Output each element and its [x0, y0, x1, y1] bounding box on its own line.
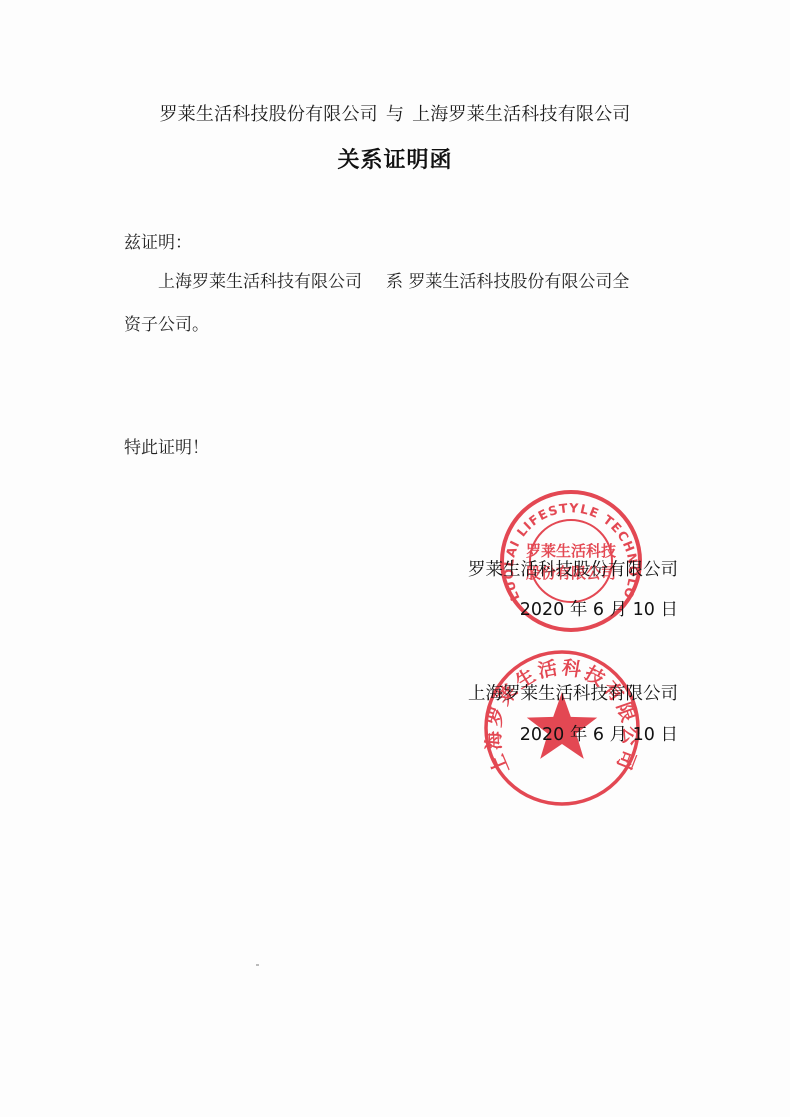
relation-word: 系 — [386, 272, 403, 292]
salutation: 兹证明： — [124, 228, 192, 253]
document-page: 罗莱生活科技股份有限公司与上海罗莱生活科技有限公司 关系证明函 兹证明： 上海罗… — [0, 0, 790, 1117]
heading-connector: 与 — [386, 104, 404, 125]
signatory-company-1: 罗莱生活科技股份有限公司 — [468, 556, 678, 581]
signature-date-2: 2020 年 6 月 10 日 — [520, 721, 678, 746]
paragraph-line-1: 上海罗莱生活科技有限公司系 罗莱生活科技股份有限公司全 — [158, 267, 629, 292]
heading-party-b: 上海罗莱生活科技有限公司 — [412, 104, 630, 125]
signature-date-1: 2020 年 6 月 10 日 — [520, 596, 678, 621]
document-heading: 罗莱生活科技股份有限公司与上海罗莱生活科技有限公司 — [0, 100, 790, 126]
paragraph-line-2: 资子公司。 — [124, 310, 209, 335]
signatory-company-2: 上海罗莱生活科技有限公司 — [468, 680, 678, 705]
heading-party-a: 罗莱生活科技股份有限公司 — [159, 104, 377, 125]
scan-speck — [256, 964, 259, 966]
closing-statement: 特此证明！ — [124, 433, 209, 458]
parent-company-text: 罗莱生活科技股份有限公司全 — [408, 272, 629, 292]
document-title: 关系证明函 — [0, 143, 790, 174]
subsidiary-name: 上海罗莱生活科技有限公司 — [158, 272, 362, 292]
